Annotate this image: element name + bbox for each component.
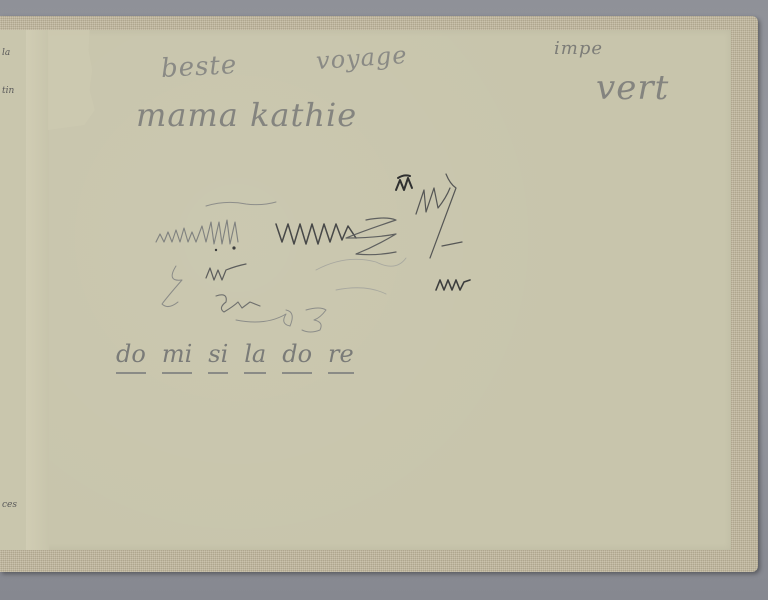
handwriting-vert: vert [596, 68, 669, 108]
solfege-si: si [208, 340, 228, 374]
left-page-note: tin [2, 86, 14, 96]
solfege-do: do [282, 340, 312, 374]
pencil-scribble-drawing [146, 170, 506, 340]
handwriting-mama-kathie: mama kathie [136, 96, 357, 134]
torn-page-stub [48, 30, 100, 130]
solfege-re: re [328, 340, 354, 374]
handwriting-impe: impe [554, 38, 603, 59]
page-gutter [26, 30, 49, 550]
solfege-mi: mi [162, 340, 192, 374]
solfege-syllables: do mi si la do re [116, 340, 354, 374]
left-page-edge: la tin ces [0, 30, 27, 550]
solfege-la: la [244, 340, 266, 374]
handwriting-voyage: voyage [315, 41, 408, 75]
handwriting-beste: beste [160, 50, 238, 84]
solfege-do: do [116, 340, 146, 374]
left-page-note: ces [2, 500, 17, 510]
left-page-note: la [2, 48, 10, 58]
sketchbook-page: beste voyage mama kathie impe vert do mi… [26, 30, 731, 550]
